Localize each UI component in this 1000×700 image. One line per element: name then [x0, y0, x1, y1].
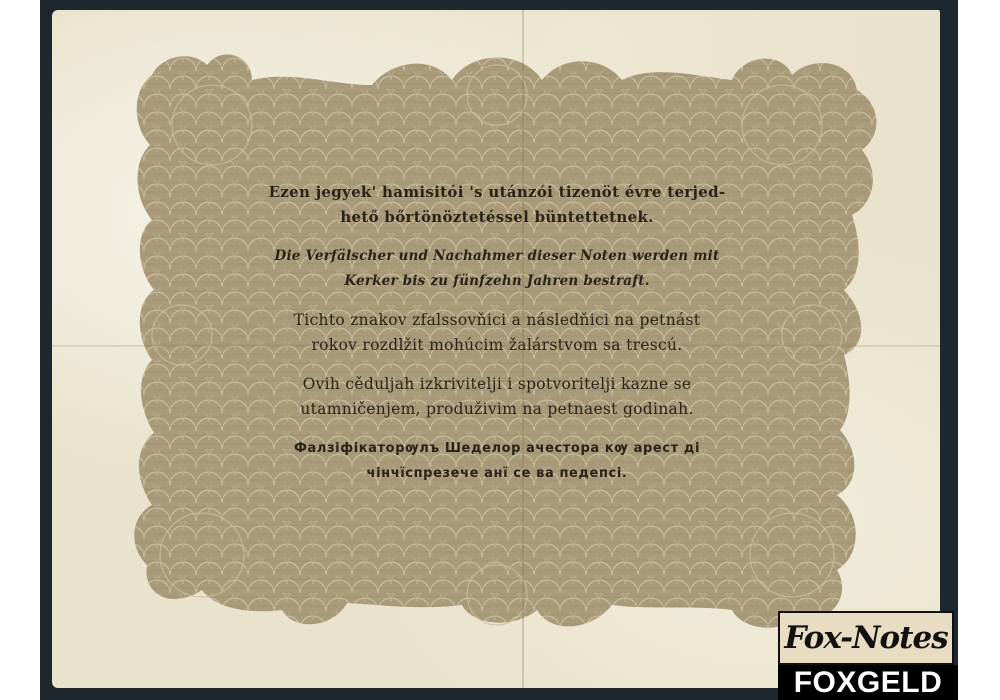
warning-croatian: Ovih cěduljah izkrivitelji i spotvoritel… — [227, 372, 767, 422]
warning-slovak: Tichto znakov zfalssovňici a následňici … — [227, 308, 767, 358]
warning-german: Die Verfälscher und Nachahmer dieser Not… — [227, 244, 767, 294]
logo-fox-notes: Fox-Notes — [778, 611, 954, 665]
foxgeld-watermark-logo: Fox-Notes FOXGELD — [778, 611, 958, 700]
warning-romanian-cyrillic: Фалзіфікаторѹлъ Шеделор ачестора кѹ арес… — [227, 436, 767, 486]
warning-hungarian: Ezen jegyek' hamisitói 's utánzói tizenö… — [227, 180, 767, 230]
logo-foxgeld: FOXGELD — [778, 665, 958, 700]
banknote: Ezen jegyek' hamisitói 's utánzói tizenö… — [52, 10, 940, 688]
penalty-warning-text: Ezen jegyek' hamisitói 's utánzói tizenö… — [227, 180, 767, 500]
